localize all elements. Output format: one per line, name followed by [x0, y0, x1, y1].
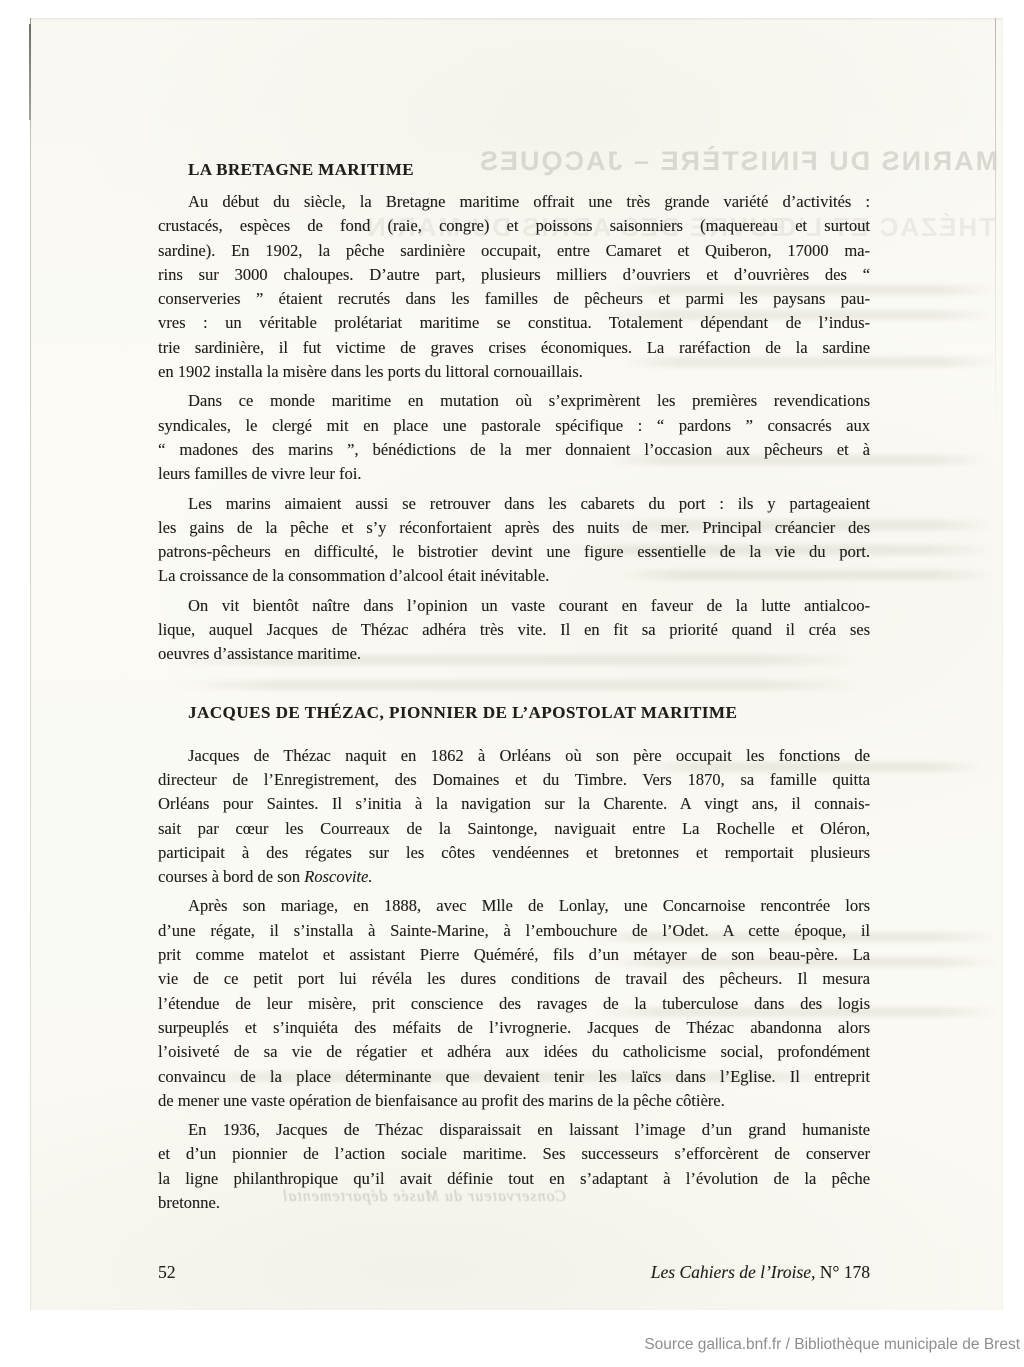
paragraph: Les marins aimaient aussi se retrouver d…	[158, 492, 870, 589]
text-line: en 1902 installa la misère dans les port…	[158, 360, 870, 384]
text-line: syndicales, le clergé mit en place une p…	[158, 414, 870, 438]
text-line: trie sardinière, il fut victime de grave…	[158, 336, 870, 360]
text-line: la ligne philanthropique qu’il avait déf…	[158, 1167, 870, 1191]
text-line: l’oisiveté de sa vie de régatier et adhé…	[158, 1040, 870, 1064]
text-line: sait par cœur les Courreaux de la Sainto…	[158, 817, 870, 841]
page-footer: 52 Les Cahiers de l’Iroise, N° 178	[158, 1262, 870, 1283]
text-line: On vit bientôt naître dans l’opinion un …	[158, 594, 870, 618]
text-line: les gains de la pêche et s’y réconfortai…	[158, 516, 870, 540]
text-line: “ madones des marins ”, bénédictions de …	[158, 438, 870, 462]
text-line: vres : un véritable prolétariat maritime…	[158, 311, 870, 335]
text-line: Jacques de Thézac naquit en 1862 à Orléa…	[158, 744, 870, 768]
text-line: de mener une vaste opération de bienfais…	[158, 1089, 870, 1113]
text-line: participait à des régates sur les côtes …	[158, 841, 870, 865]
text-line: lique, auquel Jacques de Thézac adhéra t…	[158, 618, 870, 642]
paragraph: Après son mariage, en 1888, avec Mlle de…	[158, 894, 870, 1113]
section-heading: JACQUES DE THÉZAC, PIONNIER DE L’APOSTOL…	[188, 700, 870, 726]
text-line: oeuvres d’assistance maritime.	[158, 642, 870, 666]
text-line: convaincu de la place déterminante que d…	[158, 1065, 870, 1089]
text-line: Après son mariage, en 1888, avec Mlle de…	[158, 894, 870, 918]
text-line: et d’un pionnier de l’action sociale mar…	[158, 1142, 870, 1166]
text-line: patrons-pêcheurs en difficulté, le bistr…	[158, 540, 870, 564]
paragraph: Dans ce monde maritime en mutation où s’…	[158, 389, 870, 486]
journal-reference: Les Cahiers de l’Iroise, N° 178	[651, 1262, 870, 1283]
text-line: surpeuplés et s’inquiéta des méfaits de …	[158, 1016, 870, 1040]
text-line: La croissance de la consommation d’alcoo…	[158, 564, 870, 588]
journal-title: Les Cahiers de l’Iroise,	[651, 1262, 816, 1282]
scan-viewport: MARINS DU FINISTÈRE – JACQUES THÉZAC ET …	[0, 0, 1024, 1367]
text-line: bretonne.	[158, 1191, 870, 1215]
text-line: prit comme matelot et assistant Pierre Q…	[158, 943, 870, 967]
source-credit: Source gallica.bnf.fr / Bibliothèque mun…	[644, 1336, 1020, 1354]
text-line: Au début du siècle, la Bretagne maritime…	[158, 190, 870, 214]
text-line: conserveries ” étaient recrutés dans les…	[158, 287, 870, 311]
text-line: Orléans pour Saintes. Il s’initia à la n…	[158, 792, 870, 816]
document-page: MARINS DU FINISTÈRE – JACQUES THÉZAC ET …	[30, 18, 1003, 1310]
text-line: courses à bord de son Roscovite.	[158, 865, 870, 889]
text-line: Les marins aimaient aussi se retrouver d…	[158, 492, 870, 516]
paragraph: En 1936, Jacques de Thézac disparaissait…	[158, 1118, 870, 1215]
text-line: l’étendue de leur misère, prit conscienc…	[158, 992, 870, 1016]
text-line: rins sur 3000 chaloupes. D’autre part, p…	[158, 263, 870, 287]
text-line: En 1936, Jacques de Thézac disparaissait…	[158, 1118, 870, 1142]
journal-issue: N° 178	[815, 1262, 870, 1282]
paragraph: Jacques de Thézac naquit en 1862 à Orléa…	[158, 744, 870, 890]
text-line: crustacés, espèces de fond (raie, congre…	[158, 214, 870, 238]
paragraph: Au début du siècle, la Bretagne maritime…	[158, 190, 870, 384]
text-line: Dans ce monde maritime en mutation où s’…	[158, 389, 870, 413]
text-line: d’une régate, il s’installa à Sainte-Mar…	[158, 919, 870, 943]
section-heading: LA BRETAGNE MARITIME	[188, 159, 870, 180]
paragraph: On vit bientôt naître dans l’opinion un …	[158, 594, 870, 667]
page-number: 52	[158, 1262, 176, 1283]
text-line: vie de ce petit port lui révéla les dure…	[158, 967, 870, 991]
text-line: leurs familles de vivre leur foi.	[158, 462, 870, 486]
document-body: LA BRETAGNE MARITIMEAu début du siècle, …	[158, 159, 870, 1215]
text-line: directeur de l’Enregistrement, des Domai…	[158, 768, 870, 792]
text-line: sardine). En 1902, la pêche sardinière o…	[158, 239, 870, 263]
